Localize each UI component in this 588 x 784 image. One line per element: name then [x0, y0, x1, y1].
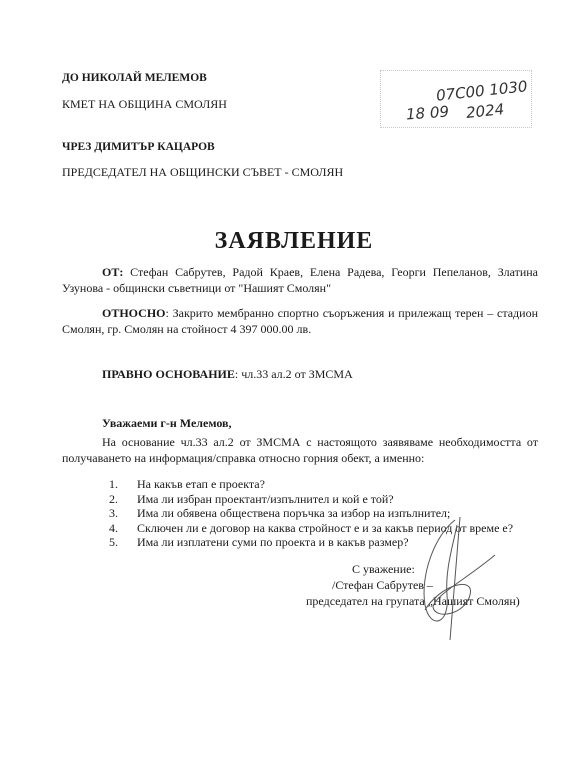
- subject-paragraph: ОТНОСНО: Закрито мембранно спортно съоръ…: [62, 305, 538, 337]
- via-title: ПРЕДСЕДАТЕЛ НА ОБЩИНСКИ СЪВЕТ - СМОЛЯН: [62, 165, 343, 180]
- question-item: 1.На какъв етап е проекта?: [109, 477, 265, 492]
- legal-basis-text: : чл.33 ал.2 от ЗМСМА: [235, 367, 353, 381]
- question-text: На какъв етап е проекта?: [137, 477, 265, 491]
- addressee-name: ДО НИКОЛАЙ МЕЛЕМОВ: [62, 72, 207, 84]
- legal-basis-label: ПРАВНО ОСНОВАНИЕ: [102, 367, 235, 381]
- question-number: 1.: [109, 477, 137, 492]
- question-item: 2.Има ли избран проектант/изпълнител и к…: [109, 492, 394, 507]
- from-text: Стефан Сабрутев, Радой Краев, Елена Раде…: [62, 265, 538, 295]
- from-paragraph: ОТ: Стефан Сабрутев, Радой Краев, Елена …: [62, 264, 538, 296]
- body-paragraph: На основание чл.33 ал.2 от ЗМСМА с насто…: [62, 434, 538, 466]
- registration-date: 18 09: [405, 103, 449, 124]
- from-label: ОТ:: [102, 265, 123, 279]
- legal-basis: ПРАВНО ОСНОВАНИЕ: чл.33 ал.2 от ЗМСМА: [102, 367, 353, 382]
- addressee-title: КМЕТ НА ОБЩИНА СМОЛЯН: [62, 97, 227, 112]
- subject-label: ОТНОСНО: [102, 306, 166, 320]
- via-name: ЧРЕЗ ДИМИТЪР КАЦАРОВ: [62, 141, 215, 153]
- question-number: 4.: [109, 521, 137, 536]
- question-text: Има ли избран проектант/изпълнител и кой…: [137, 492, 394, 506]
- question-item: 5.Има ли изплатени суми по проекта и в к…: [109, 535, 409, 550]
- document-title: ЗАЯВЛЕНИЕ: [0, 228, 588, 255]
- question-number: 2.: [109, 492, 137, 507]
- salutation: Уважаеми г-н Мелемов,: [102, 416, 232, 431]
- handwritten-signature: [395, 515, 505, 645]
- question-number: 5.: [109, 535, 137, 550]
- question-number: 3.: [109, 506, 137, 521]
- question-text: Има ли изплатени суми по проекта и в как…: [137, 535, 409, 549]
